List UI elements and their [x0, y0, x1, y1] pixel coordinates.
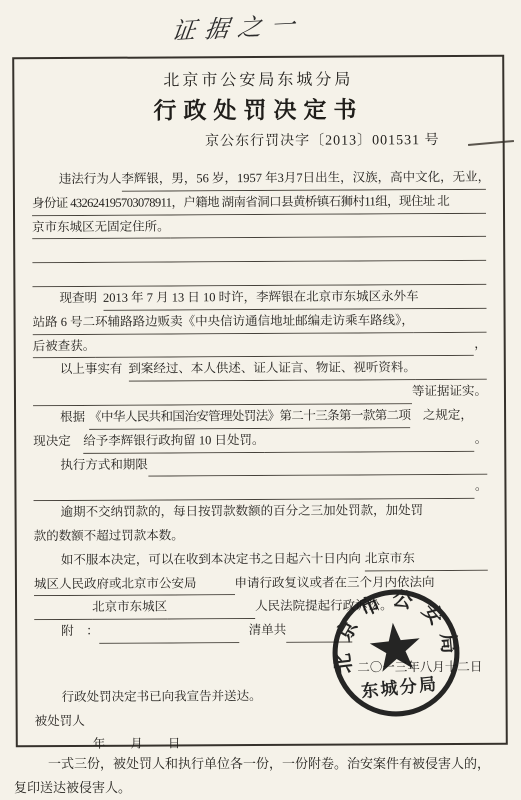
document-title: 行政处罚决定书	[31, 91, 485, 126]
official-stamp: 北京市公安局 东城分局	[322, 579, 469, 726]
blank-fill	[33, 475, 475, 501]
blank-fill	[167, 595, 255, 619]
star-icon	[368, 620, 423, 673]
offender-lead: 违法行为人	[59, 168, 122, 192]
basis-statute: 《中华人民共和国治安管理处罚法》第二十三条第一款第二项	[89, 404, 410, 429]
service-note: 行政处罚决定书已向我宣告并送达。	[61, 685, 261, 710]
blank-fill	[99, 619, 239, 644]
blank-fill	[148, 451, 488, 477]
execution-punct: 。	[475, 475, 488, 499]
blank-fill	[264, 428, 474, 453]
agency-name: 北京市公安局东城分局	[31, 66, 485, 91]
execution-lead: 执行方式和期限	[60, 453, 148, 477]
appeal-fill-2: 城区人民政府或北京市公安局	[34, 572, 197, 597]
execution-line-1: 执行方式和期限	[33, 451, 487, 477]
appeal-fill-3: 北京市东城区	[92, 596, 167, 620]
facts-line-3: 后被查获。 ，	[33, 332, 487, 358]
offender-line-1: 违法行为人 李辉银，男，56 岁，1957 年3月7日出生，汉族，高中文化，无业…	[32, 166, 486, 192]
footer-note: 一式三份，被处罚人和执行单位各一份，一份附卷。治安案件有被侵害人的， 复印送达被…	[14, 752, 511, 800]
basis-mid: 之规定，	[410, 404, 473, 428]
offender-line-2: 身份证 432624195703078911，户籍地 湖南省洞口县黄桥镇石狮村1…	[32, 190, 486, 216]
execution-line-2: 。	[33, 475, 487, 501]
blank-fill	[33, 380, 412, 406]
handwritten-evidence-note: 证据之一	[170, 4, 306, 46]
indent	[34, 620, 61, 644]
attachment-list-label: 清单共	[249, 619, 287, 643]
appeal-text-1: 如不服本决定，可以在收到本决定书之日起六十日内向	[61, 547, 361, 572]
facts-line-1: 现查明 2013 年 7 月 13 日 10 时许，李辉银在北京市东城区永外车	[32, 285, 486, 311]
blank-fill	[170, 213, 487, 238]
blank-fill	[32, 237, 486, 263]
offender-fill-1: 李辉银，男，56 岁，1957 年3月7日出生，汉族，高中文化，无业，	[121, 166, 486, 192]
indent	[34, 549, 61, 573]
appeal-line-1: 如不服本决定，可以在收到本决定书之日起六十日内向 北京市东	[34, 547, 488, 573]
indent	[32, 287, 59, 311]
facts-line-2: 站路 6 号二环辅路路边贩卖《中央信访通信地址邮编走访乘车路线》，	[33, 309, 487, 335]
facts-trailing-comma: ，	[474, 332, 487, 356]
indent	[33, 406, 60, 430]
late-fee-text-1: 逾期不交纳罚款的，每日按罚款数额的百分之三加处罚款，加处罚	[61, 499, 424, 525]
attachment-label: 附 ：	[61, 620, 99, 644]
facts-fill-2: 站路 6 号二环辅路路边贩卖《中央信访通信地址邮编走访乘车路线》，	[33, 309, 414, 335]
facts-fill-3: 后被查获。	[33, 334, 96, 358]
footer-note-line-1: 一式三份，被处罚人和执行单位各一份，一份附卷。治安案件有被侵害人的，	[14, 752, 511, 776]
evidence-lead: 以上事实有	[60, 358, 123, 382]
indent	[32, 168, 59, 192]
blank-line	[32, 237, 486, 263]
blank-fill	[449, 190, 486, 214]
late-fee-line-1: 逾期不交纳罚款的，每日按罚款数额的百分之三加处罚款，加处罚	[34, 499, 488, 525]
facts-fill-1: 2013 年 7 月 13 日 10 时许，李辉银在北京市东城区永外车	[103, 285, 419, 310]
blank-fill	[415, 547, 488, 571]
indent	[34, 686, 61, 710]
decision-punct: 。	[475, 428, 488, 452]
blank-fill	[34, 596, 92, 620]
blank-fill	[414, 309, 487, 333]
appeal-fill-1: 北京市东	[365, 547, 415, 571]
blank-line	[32, 261, 486, 287]
decision-line: 现决定 给予李辉银行政拘留 10 日处罚。 。	[33, 428, 487, 454]
facts-lead: 现查明	[59, 287, 97, 311]
document-number: 京公东行罚决字〔2013〕001531 号	[32, 129, 486, 151]
footer-note-line-2: 复印送达被侵害人。	[14, 776, 511, 800]
blank-fill	[95, 332, 474, 358]
decision-lead: 现决定	[33, 430, 83, 454]
offender-fill-2: 身份证 432624195703078911，户籍地 湖南省洞口县黄桥镇石狮村1…	[32, 190, 449, 216]
evidence-line-2: 等证据证实。	[33, 380, 487, 406]
basis-lead: 根据	[60, 406, 85, 430]
blank-fill	[32, 261, 486, 287]
blank-fill	[419, 285, 487, 309]
legal-basis-line: 根据 《中华人民共和国治安管理处罚法》第二十三条第一款第二项 之规定，	[33, 404, 487, 430]
indent	[34, 501, 61, 525]
blank-fill	[196, 572, 234, 596]
blank-fill	[416, 356, 487, 380]
offender-line-3: 京市东城区无固定住所。	[32, 213, 486, 239]
evidence-suffix: 等证据证实。	[412, 380, 487, 404]
indent	[33, 454, 60, 478]
stamp-bottom-text: 东城分局	[360, 673, 439, 701]
late-fee-text-2: 款的数额不超过罚款本数。	[34, 524, 184, 549]
evidence-line-1: 以上事实有 到案经过、本人供述、证人证言、物证、视听资料。	[33, 356, 487, 382]
offender-fill-3: 京市东城区无固定住所。	[32, 215, 170, 240]
late-fee-line-2: 款的数额不超过罚款本数。	[34, 523, 488, 549]
evidence-list: 到案经过、本人供述、证人证言、物证、视听资料。	[128, 357, 416, 382]
indent	[33, 358, 60, 382]
punished-person-label: 被处罚人	[35, 709, 85, 733]
decision-text: 给予李辉银行政拘留 10 日处罚。	[83, 429, 264, 454]
